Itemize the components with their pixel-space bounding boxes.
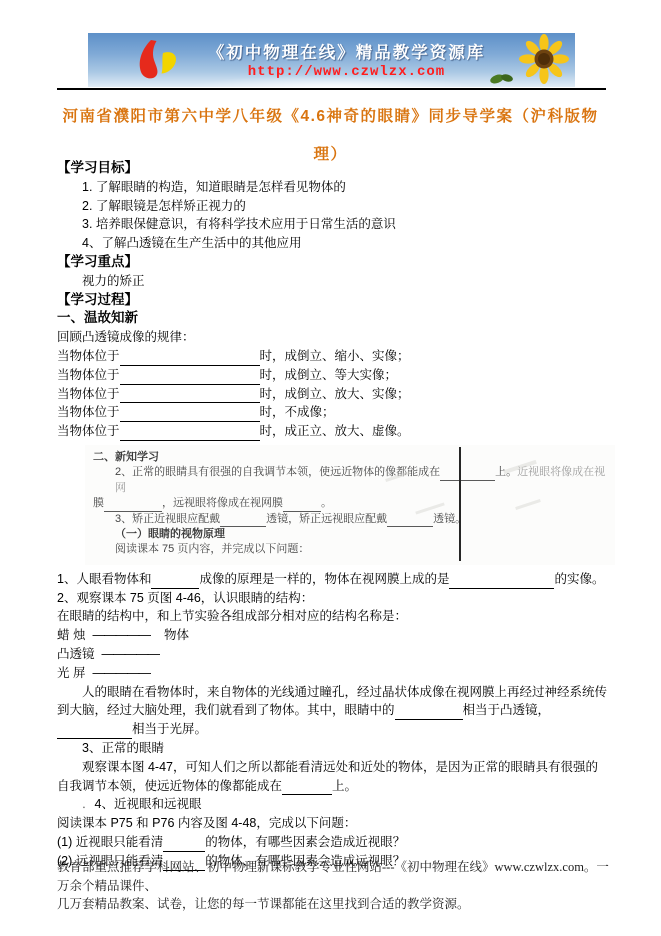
mapping-dash: ————— bbox=[92, 628, 150, 642]
mapping-row: 凸透镜 ————— bbox=[57, 645, 609, 664]
question-text: 上。 bbox=[332, 779, 357, 793]
scan-read-instruction: 阅读课本 75 页内容，并完成以下问题： bbox=[93, 542, 615, 557]
fill-in-blank bbox=[104, 500, 162, 512]
review-line: 当物体位于时，成正立、放大、虚像。 bbox=[57, 422, 609, 441]
scanned-worksheet-image: 二、新知学习 2、正常的眼睛具有很强的自我调节本领，使远近物体的像都能成在上。近… bbox=[85, 445, 615, 565]
review-line-post: 时，成倒立、放大、实像； bbox=[260, 387, 410, 401]
stray-dot: ． bbox=[82, 797, 95, 811]
scan-item2-line1: 2、正常的眼睛具有很强的自我调节本领，使远近物体的像都能成在上。近视眼将像成在视… bbox=[93, 465, 615, 496]
question-text: 的实像。 bbox=[554, 572, 604, 586]
scan-text: 3、矫正近视眼应配戴 bbox=[115, 513, 220, 525]
review-line: 当物体位于时，成倒立、等大实像； bbox=[57, 366, 609, 385]
scan-text: ，远视眼将像成在视网膜 bbox=[162, 497, 283, 509]
site-banner: 《初中物理在线》精品教学资源库 http://www.czwlzx.com bbox=[88, 33, 575, 87]
banner-text: 《初中物理在线》精品教学资源库 http://www.czwlzx.com bbox=[178, 39, 515, 80]
mapping-row: 蜡 烛 —————物体 bbox=[57, 626, 609, 645]
review-line: 当物体位于时，成倒立、放大、实像； bbox=[57, 385, 609, 404]
leaf-icon bbox=[489, 67, 515, 87]
site-footer: 教育部重点推荐学科网站、初中物理新课标教学专业性网站---《初中物理在线》www… bbox=[57, 858, 619, 914]
fill-in-blank bbox=[120, 389, 260, 403]
review-line-post: 时，成倒立、等大实像； bbox=[260, 368, 398, 382]
mapping-row: 光 屏 ————— bbox=[57, 664, 609, 683]
mapping-left: 凸透镜 bbox=[57, 647, 95, 661]
scan-text: 。 bbox=[321, 497, 332, 509]
question4-read: 阅读课本 P75 和 P76 内容及图 4-48，完成以下问题： bbox=[57, 814, 609, 833]
scan-text: 透镜。 bbox=[433, 513, 466, 525]
fill-in-blank bbox=[120, 408, 260, 422]
goal-item: 2. 了解眼镜是怎样矫正视力的 bbox=[57, 197, 609, 216]
review-line-pre: 当物体位于 bbox=[57, 405, 120, 419]
review-line-pre: 当物体位于 bbox=[57, 387, 120, 401]
footer-line2: 几万套精品教案、试卷，让您的每一节课都能在这里找到合适的教学资源。 bbox=[57, 895, 619, 914]
scan-fold-line bbox=[459, 447, 461, 561]
scan-item3: 3、矫正近视眼应配戴透镜，矫正远视眼应配戴透镜。 bbox=[93, 512, 615, 527]
mapping-right: 物体 bbox=[164, 628, 189, 642]
process-header: 【学习过程】 bbox=[57, 291, 609, 310]
fill-in-blank bbox=[163, 838, 205, 852]
question-text: (1) 近视眼只能看清 bbox=[57, 835, 163, 849]
banner-title: 《初中物理在线》精品教学资源库 bbox=[178, 39, 515, 63]
document-page: 《初中物理在线》精品教学资源库 http://www.czwlzx.com bbox=[0, 0, 661, 936]
fill-in-blank bbox=[440, 469, 495, 481]
question3: 观察课本图 4-47，可知人们之所以都能看清远处和近处的物体，是因为正常的眼睛具… bbox=[57, 758, 609, 796]
focus-header: 【学习重点】 bbox=[57, 253, 609, 272]
focus-content: 视力的矫正 bbox=[57, 272, 609, 291]
footer-line1: 教育部重点推荐学科网站、初中物理新课标教学专业性网站---《初中物理在线》www… bbox=[57, 858, 619, 895]
fill-in-blank bbox=[151, 575, 199, 589]
fill-in-blank bbox=[449, 575, 554, 589]
fill-in-blank bbox=[283, 500, 321, 512]
header-divider bbox=[57, 88, 606, 90]
goal-item: 3. 培养眼保健意识，有将科学技术应用于日常生活的意识 bbox=[57, 215, 609, 234]
goal-item: 4、了解凸透镜在生产生活中的其他应用 bbox=[57, 234, 609, 253]
fill-in-blank bbox=[387, 515, 433, 527]
fill-in-blank bbox=[120, 427, 260, 441]
question3-title: 3、正常的眼睛 bbox=[57, 739, 609, 758]
eye-paragraph: 人的眼睛在看物体时，来自物体的光线通过瞳孔，经过晶状体成像在视网膜上再经过神经系… bbox=[57, 683, 609, 739]
review-line-post: 时，不成像； bbox=[260, 405, 335, 419]
paragraph-text: 相当于凸透镜， bbox=[463, 703, 551, 717]
review-line-post: 时，成倒立、缩小、实像； bbox=[260, 349, 410, 363]
question-text: 1、人眼看物体和 bbox=[57, 572, 151, 586]
scan-item2-line2: 膜，远视眼将像成在视网膜。 bbox=[93, 496, 615, 511]
fill-in-blank bbox=[395, 706, 463, 720]
mapping-dash: ————— bbox=[92, 666, 150, 680]
review-line: 当物体位于时，不成像； bbox=[57, 403, 609, 422]
question4-title: ．4、近视眼和远视眼 bbox=[57, 795, 609, 814]
review-line-pre: 当物体位于 bbox=[57, 368, 120, 382]
review-line-pre: 当物体位于 bbox=[57, 349, 120, 363]
question-title-text: 4、近视眼和远视眼 bbox=[95, 797, 202, 811]
paragraph-text: 相当于光屏。 bbox=[132, 722, 207, 736]
review-intro: 回顾凸透镜成像的规律： bbox=[57, 328, 609, 347]
mapping-dash: ————— bbox=[101, 647, 159, 661]
review-line: 当物体位于时，成倒立、缩小、实像； bbox=[57, 347, 609, 366]
question-text: 的物体，有哪些因素会造成近视眼？ bbox=[205, 835, 405, 849]
scan-text: 膜 bbox=[93, 497, 104, 509]
question4-sub1: (1) 近视眼只能看清的物体，有哪些因素会造成近视眼？ bbox=[57, 833, 609, 852]
fill-in-blank bbox=[282, 781, 332, 795]
goals-header: 【学习目标】 bbox=[57, 159, 609, 178]
review-section-title: 一、温故知新 bbox=[57, 309, 609, 328]
mapping-left: 光 屏 bbox=[57, 666, 85, 680]
review-line-pre: 当物体位于 bbox=[57, 424, 120, 438]
fill-in-blank bbox=[120, 352, 260, 366]
scan-subsection-title: （一）眼睛的视物原理 bbox=[93, 527, 615, 542]
fill-in-blank bbox=[57, 725, 132, 739]
page-title-line1: 河南省濮阳市第六中学八年级《4.6神奇的眼睛》同步导学案（沪科版物 bbox=[40, 98, 621, 136]
review-line-post: 时，成正立、放大、虚像。 bbox=[260, 424, 410, 438]
document-body: 【学习目标】 1. 了解眼睛的构造，知道眼睛是怎样看见物体的 2. 了解眼镜是怎… bbox=[57, 159, 609, 871]
question1: 1、人眼看物体和成像的原理是一样的，物体在视网膜上成的是的实像。 bbox=[57, 570, 609, 589]
banner-url-link[interactable]: http://www.czwlzx.com bbox=[178, 64, 515, 80]
question-text: 成像的原理是一样的，物体在视网膜上成的是 bbox=[199, 572, 449, 586]
fill-in-blank bbox=[220, 515, 266, 527]
mapping-left: 蜡 烛 bbox=[57, 628, 85, 642]
question2: 2、观察课本 75 页图 4-46，认识眼睛的结构： bbox=[57, 589, 609, 608]
structure-intro: 在眼睛的结构中，和上节实验各组成部分相对应的结构名称是： bbox=[57, 607, 609, 626]
fill-in-blank bbox=[120, 371, 260, 385]
sunflower-icon bbox=[517, 34, 571, 87]
goal-item: 1. 了解眼睛的构造，知道眼睛是怎样看见物体的 bbox=[57, 178, 609, 197]
scan-text: 透镜，矫正远视眼应配戴 bbox=[266, 513, 387, 525]
